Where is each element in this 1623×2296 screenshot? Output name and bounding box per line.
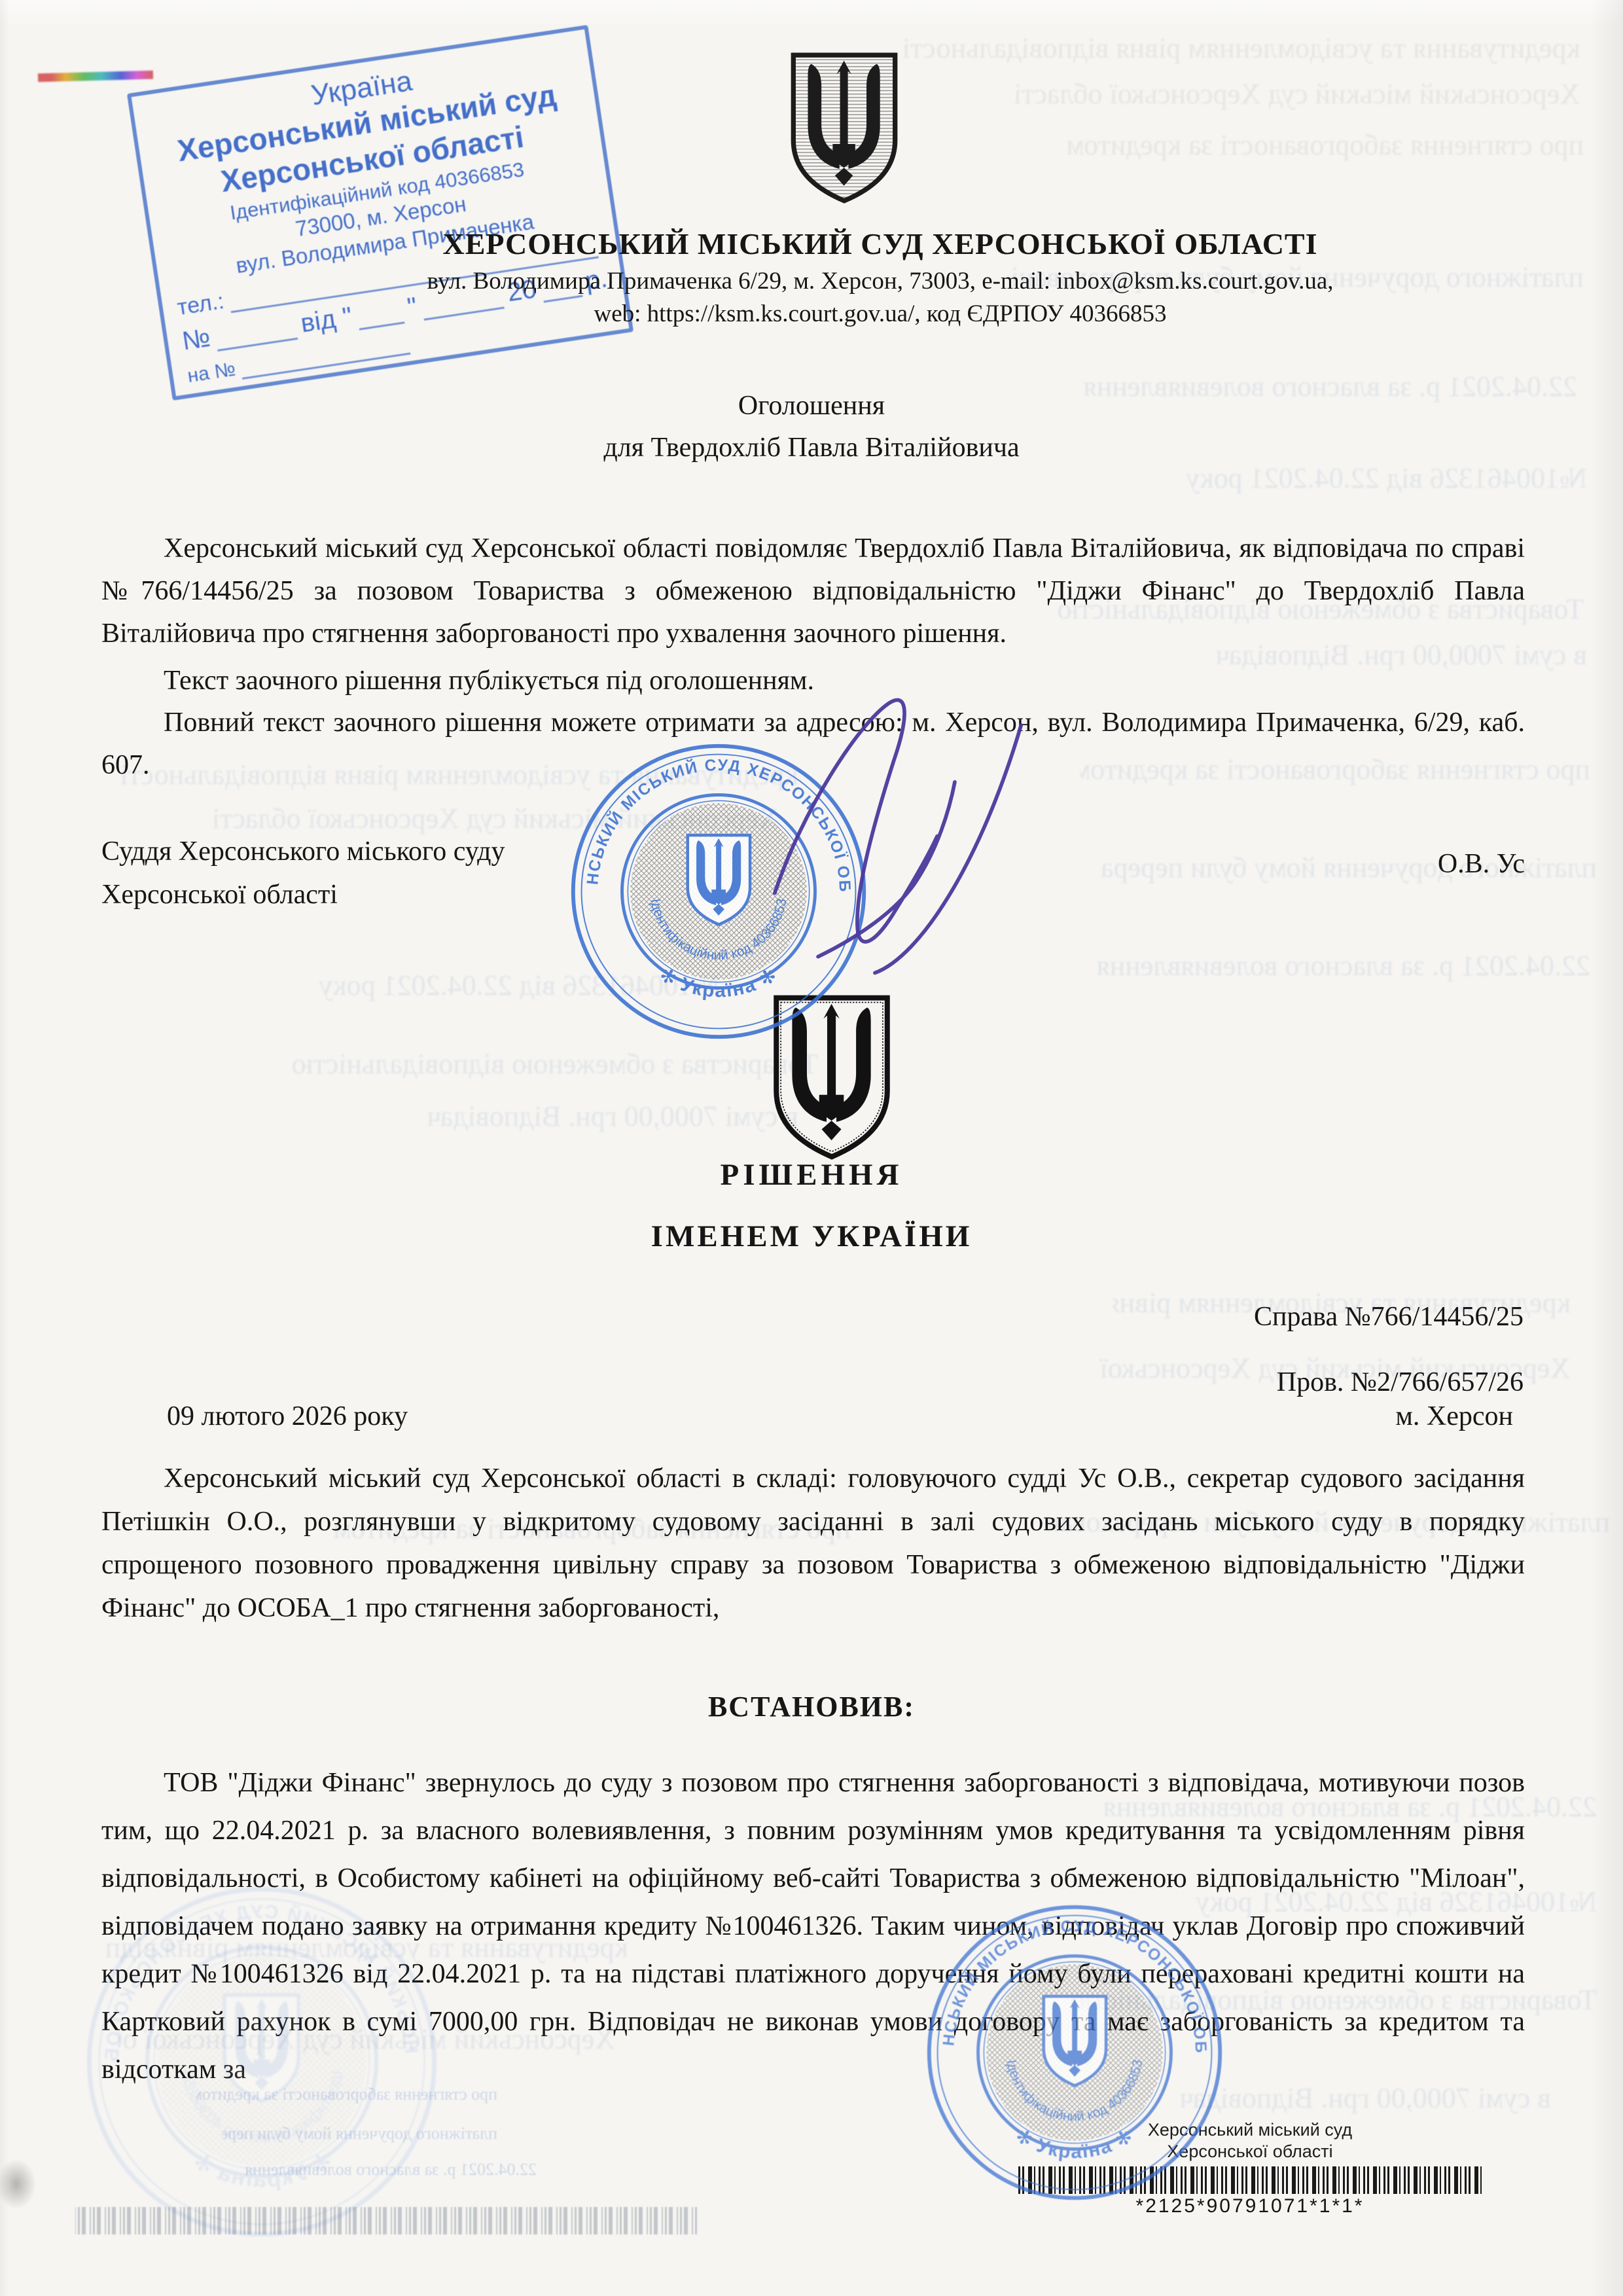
bleedthrough-text: кредитування та усвідомленням рівня відп… <box>821 31 1580 65</box>
judge-signature <box>746 686 1047 984</box>
svg-text:✻ Україна ✻: ✻ Україна ✻ <box>187 2147 336 2193</box>
bleedthrough-text: Херсонський міський суд Херсонської обла… <box>821 77 1580 111</box>
bleedthrough-text: №100461326 від 22.04.2021 року <box>131 969 720 1002</box>
bleedthrough-text: в сумі 7000,00 грн. Відповідач <box>157 1100 798 1133</box>
stamp-number-label: № <box>181 323 213 357</box>
bleedthrough-text: платіжного доручення йому були перерахов… <box>223 2124 497 2144</box>
scan-artifact-rainbow <box>38 71 153 82</box>
incoming-registration-stamp: Україна Херсонський міський суд Херсонсь… <box>127 25 633 401</box>
bleedthrough-barcode <box>75 2207 697 2234</box>
case-number: Справа №766/14456/25 <box>1254 1284 1524 1350</box>
footer-court-line2: Херсонської області <box>995 2141 1505 2162</box>
court-address-line2: web: https://ksm.ks.court.gov.ua/, код Є… <box>216 298 1544 331</box>
stamp-na-no-label: на № <box>186 359 237 388</box>
announcement-heading: Оголошення <box>0 390 1623 422</box>
decision-body-paragraph: ТОВ "Діджи Фінанс" звернулось до суду з … <box>101 1759 1525 2094</box>
barcode-caption: *2125*90791071*1*1* <box>995 2195 1505 2217</box>
established-heading: ВСТАНОВИВ: <box>0 1690 1623 1723</box>
footer-court-line1: Херсонський міський суд <box>995 2119 1505 2141</box>
decision-intro-paragraph: Херсонський міський суд Херсонської обла… <box>101 1457 1525 1630</box>
coat-of-arms-emblem <box>771 995 893 1160</box>
bleedthrough-text: Товариства з обмеженою відповідальністю <box>124 1047 818 1081</box>
judge-name: О.В. Ус <box>1438 848 1525 916</box>
announcement-recipient: для Твердохліб Павла Віталійовича <box>0 432 1623 463</box>
court-title: ХЕРСОНСЬКИЙ МІСЬКИЙ СУД ХЕРСОНСЬКОЇ ОБЛА… <box>216 226 1544 261</box>
seal-bottom-text: ✻ Україна ✻ <box>187 2147 336 2193</box>
bleedthrough-text: 22.04.2021 р. за власного волевиявлення <box>196 2160 537 2179</box>
bleedthrough-text: 22.04.2021 р. за власного волевиявлення <box>1086 949 1590 982</box>
bleedthrough-text: №100461326 від 22.04.2021 року <box>1018 461 1587 495</box>
letterhead: ХЕРСОНСЬКИЙ МІСЬКИЙ СУД ХЕРСОНСЬКОЇ ОБЛА… <box>216 226 1544 331</box>
scanned-court-document-page: кредитування та усвідомленням рівня відп… <box>0 0 1623 2296</box>
case-numbers: Справа №766/14456/25 Пров. №2/766/657/26 <box>1254 1284 1524 1415</box>
date-city-row: 09 лютого 2026 року м. Херсон <box>167 1401 1513 1432</box>
bleedthrough-text: про стягнення заборгованості за кредитом <box>929 128 1584 162</box>
announcement-paragraph-1: Херсонський міський суд Херсонської обла… <box>101 528 1525 655</box>
scan-smudge <box>0 2148 45 2220</box>
decision-date: 09 лютого 2026 року <box>167 1401 408 1432</box>
decision-title: РІШЕННЯ <box>0 1157 1623 1193</box>
footer-block: Херсонський міський суд Херсонської обла… <box>995 2119 1505 2217</box>
barcode <box>1018 2166 1482 2194</box>
coat-of-arms-icon <box>789 52 899 204</box>
judge-title: Суддя Херсонського міського суду Херсонс… <box>101 830 505 916</box>
decision-city: м. Херсон <box>1395 1401 1513 1432</box>
court-address-line1: вул. Володимира Примаченка 6/29, м. Херс… <box>216 265 1544 298</box>
decision-subtitle: ІМЕНЕМ УКРАЇНИ <box>0 1219 1623 1254</box>
